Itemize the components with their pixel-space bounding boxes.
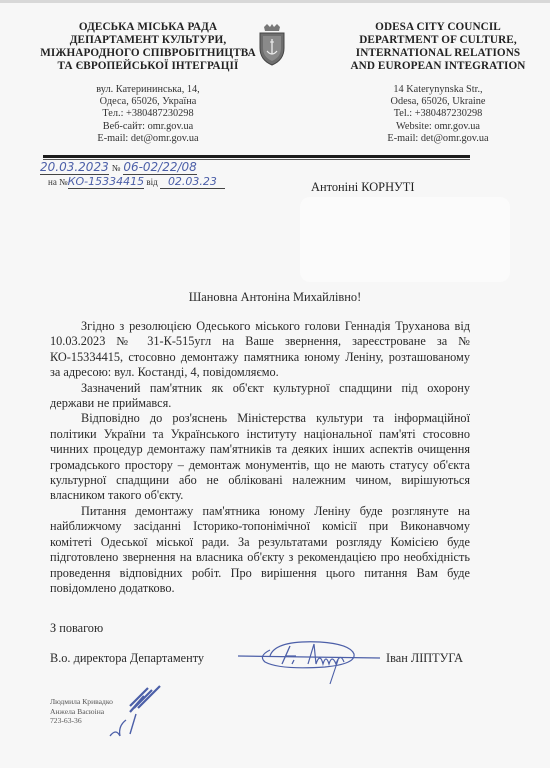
letterhead-divider <box>43 155 470 158</box>
initials-signature-icon <box>100 684 170 744</box>
addressee: Антоніні КОРНУТІ <box>311 180 414 195</box>
paragraph: Згідно з резолюцією Одеського міського г… <box>50 319 470 381</box>
letterhead-english: ODESA CITY COUNCIL DEPARTMENT OF CULTURE… <box>338 21 538 145</box>
outgoing-date: 20.03.2023 <box>40 160 109 175</box>
from-label: від <box>146 177 157 187</box>
paragraph: Зазначений пам'ятник як об'єкт культурно… <box>50 381 470 412</box>
in-reply-date: 02.03.23 <box>160 175 225 189</box>
address-uk: вул. Катерининська, 14, Одеса, 65026, Ук… <box>32 84 264 145</box>
address-en: 14 Katerynynska Str., Odesa, 65026, Ukra… <box>338 84 538 145</box>
signatory-name: Іван ЛІПТУГА <box>386 651 463 666</box>
closing: З повагою <box>50 621 103 636</box>
letter-body: Згідно з резолюцією Одеського міського г… <box>50 319 470 596</box>
redacted-area <box>300 197 510 282</box>
letter-page: ОДЕСЬКА МІСЬКА РАДА ДЕПАРТАМЕНТ КУЛЬТУРИ… <box>0 0 550 768</box>
org-name-uk: ОДЕСЬКА МІСЬКА РАДА ДЕПАРТАМЕНТ КУЛЬТУРИ… <box>32 21 264 73</box>
number-label: № <box>112 163 121 173</box>
outgoing-reference: 20.03.2023 № 06-02/22/08 <box>40 160 197 175</box>
signatory-title: В.о. директора Департаменту <box>50 651 204 666</box>
salutation: Шановна Антоніна Михайлівно! <box>0 290 550 305</box>
letterhead-ukrainian: ОДЕСЬКА МІСЬКА РАДА ДЕПАРТАМЕНТ КУЛЬТУРИ… <box>32 21 264 145</box>
in-reply-number: КО-15334415 <box>68 175 144 189</box>
paragraph: Відповідно до роз'яснень Міністерства ку… <box>50 411 470 503</box>
handwritten-signature-icon <box>230 634 390 686</box>
org-name-en: ODESA CITY COUNCIL DEPARTMENT OF CULTURE… <box>338 21 538 73</box>
in-reply-label: на № <box>48 177 68 187</box>
incoming-reference: на №КО-15334415 від 02.03.23 <box>48 175 225 189</box>
paragraph: Питання демонтажу пам'ятника юному Ленін… <box>50 504 470 596</box>
odesa-coat-of-arms-icon <box>256 24 288 66</box>
outgoing-number: 06-02/22/08 <box>123 160 197 175</box>
scan-edge <box>0 0 550 3</box>
